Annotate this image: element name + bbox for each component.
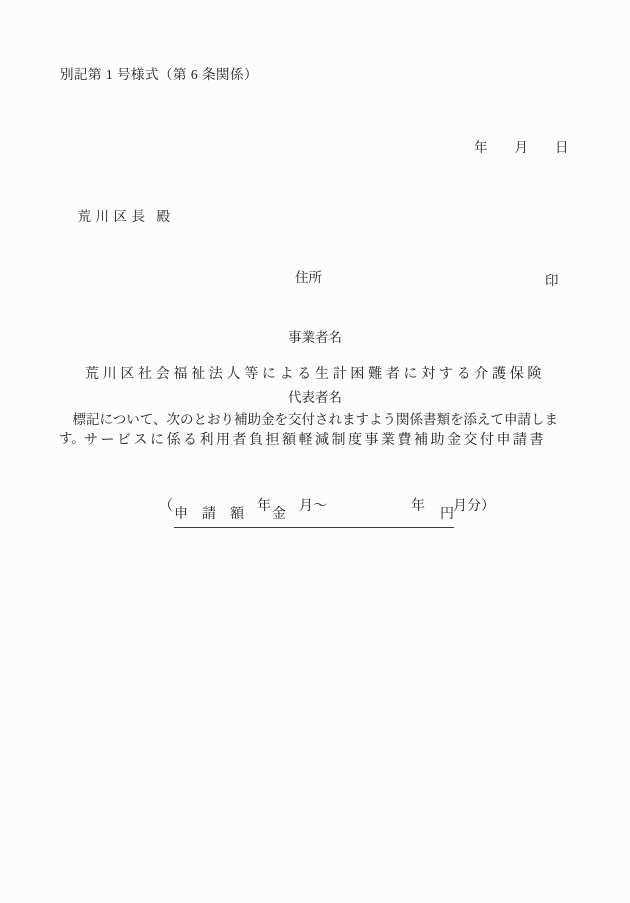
addressee-name: 荒川区長 [78,209,150,224]
document-title-line1: 荒川区社会福祉法人等による生計困難者に対する介護保険 [60,364,570,386]
amount-currency-prefix: 金 [272,507,286,522]
applicant-address-label: 住所 [288,268,342,288]
amount-left-group: 申 請 額 金 [174,503,286,523]
form-number-label: 別記第 1 号様式（第 6 条関係） [60,63,258,83]
addressee-line: 荒川区長殿 [64,189,170,241]
addressee-honorific: 殿 [157,209,171,224]
application-amount-line: 申 請 額 金 円 [174,503,454,528]
amount-currency-suffix: 円 [440,503,454,523]
seal-placeholder-label: 印 [545,269,559,289]
document-page: 別記第 1 号様式（第 6 条関係） 年 月 日 荒川区長殿 住所 事業者名 代… [0,0,630,903]
amount-label: 申 請 額 [174,507,244,522]
date-fill-in-line: 年 月 日 [474,136,569,156]
body-paragraph: 標記について、次のとおり補助金を交付されますよう関係書類を添えて申請します。 [59,410,579,448]
